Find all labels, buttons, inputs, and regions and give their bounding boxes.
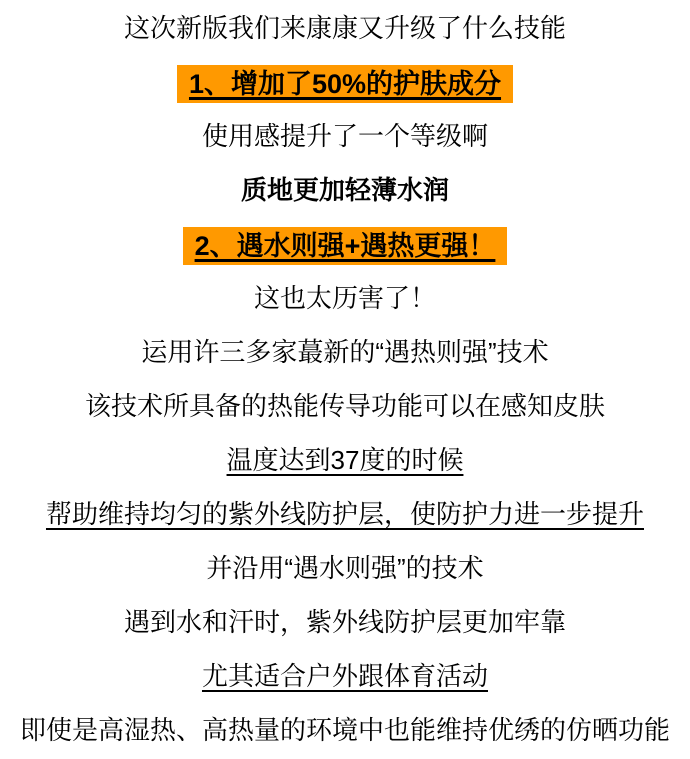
feature-2-heading-row: 2、遇水则强+遇热更强！ [0, 217, 690, 271]
feature-2-line-2: 运用许三多家蕞新的“遇热则强”技术 [0, 325, 690, 379]
feature-2-line-5: 帮助维持均匀的紫外线防护层，使防护力进一步提升 [0, 487, 690, 541]
article-page: 这次新版我们来康康又升级了什么技能 1、增加了50%的护肤成分 使用感提升了一个… [0, 0, 690, 757]
feature-2-line-4: 温度达到37度的时候 [0, 433, 690, 487]
feature-1-line-2: 质地更加轻薄水润 [0, 163, 690, 217]
intro-line: 这次新版我们来康康又升级了什么技能 [0, 1, 690, 55]
feature-2-line-6: 并沿用“遇水则强”的技术 [0, 541, 690, 595]
feature-2-heading: 2、遇水则强+遇热更强！ [183, 227, 508, 265]
feature-1-heading-row: 1、增加了50%的护肤成分 [0, 55, 690, 109]
feature-2-line-3: 该技术所具备的热能传导功能可以在感知皮肤 [0, 379, 690, 433]
feature-2-line-1: 这也太历害了！ [0, 271, 690, 325]
feature-1-line-1: 使用感提升了一个等级啊 [0, 109, 690, 163]
feature-2-line-8: 尤其适合户外跟体育活动 [0, 649, 690, 703]
feature-2-line-9: 即使是高湿热、高热量的环境中也能维持优绣的仿晒功能 [0, 703, 690, 757]
feature-1-heading: 1、增加了50%的护肤成分 [177, 65, 513, 103]
feature-2-line-7: 遇到水和汗时，紫外线防护层更加牢靠 [0, 595, 690, 649]
